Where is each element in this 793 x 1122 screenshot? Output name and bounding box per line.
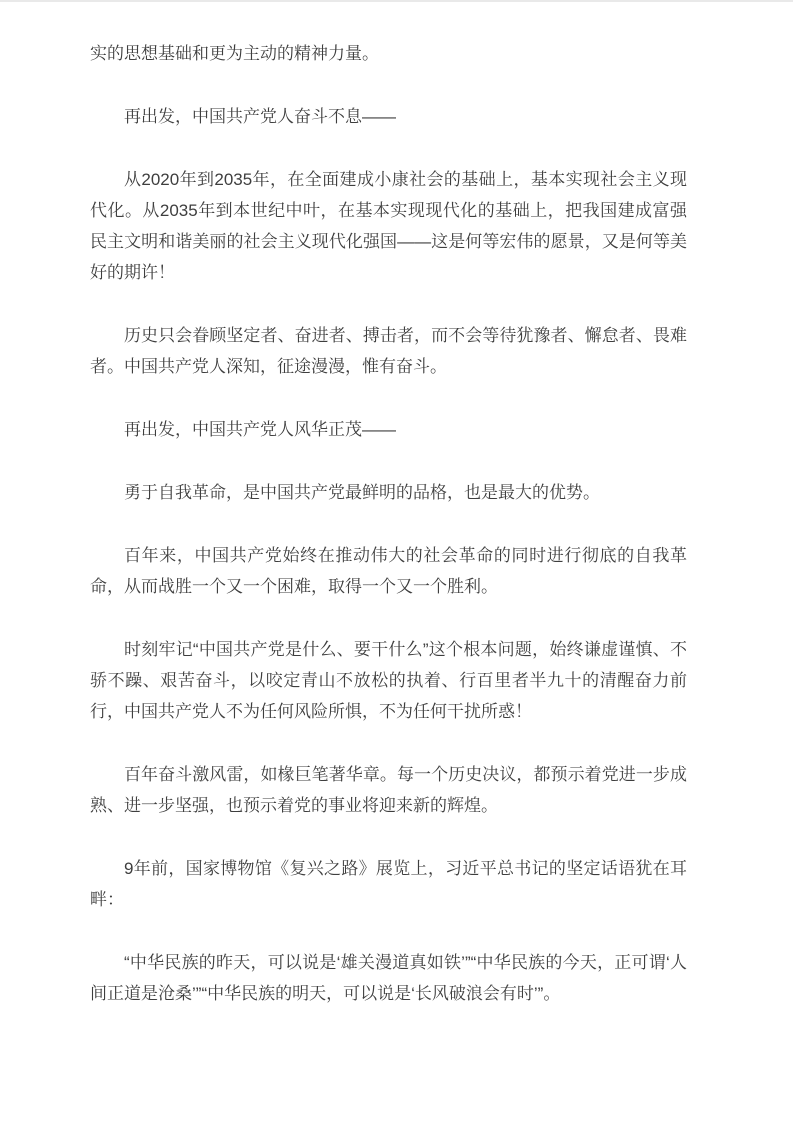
paragraph: 再出发，中国共产党人奋斗不息—— [90,101,687,132]
paragraph: 9年前，国家博物馆《复兴之路》展览上，习近平总书记的坚定话语犹在耳畔： [90,853,687,915]
paragraph: 历史只会眷顾坚定者、奋进者、搏击者，而不会等待犹豫者、懈怠者、畏难者。中国共产党… [90,320,687,382]
paragraph: 再出发，中国共产党人风华正茂—— [90,414,687,445]
paragraph: 时刻牢记“中国共产党是什么、要干什么”这个根本问题，始终谦虚谨慎、不骄不躁、艰苦… [90,634,687,727]
paragraph: “中华民族的昨天，可以说是‘雄关漫道真如铁’”“中华民族的今天，正可谓‘人间正道… [90,947,687,1009]
paragraph: 百年奋斗激风雷，如椽巨笔著华章。每一个历史决议，都预示着党进一步成熟、进一步坚强… [90,759,687,821]
article-page: 实的思想基础和更为主动的精神力量。 再出发，中国共产党人奋斗不息—— 从2020… [0,0,793,1122]
paragraph: 实的思想基础和更为主动的精神力量。 [90,38,687,69]
paragraph: 百年来，中国共产党始终在推动伟大的社会革命的同时进行彻底的自我革命，从而战胜一个… [90,540,687,602]
paragraph: 从2020年到2035年，在全面建成小康社会的基础上，基本实现社会主义现代化。从… [90,164,687,288]
paragraph: 勇于自我革命，是中国共产党最鲜明的品格，也是最大的优势。 [90,477,687,508]
